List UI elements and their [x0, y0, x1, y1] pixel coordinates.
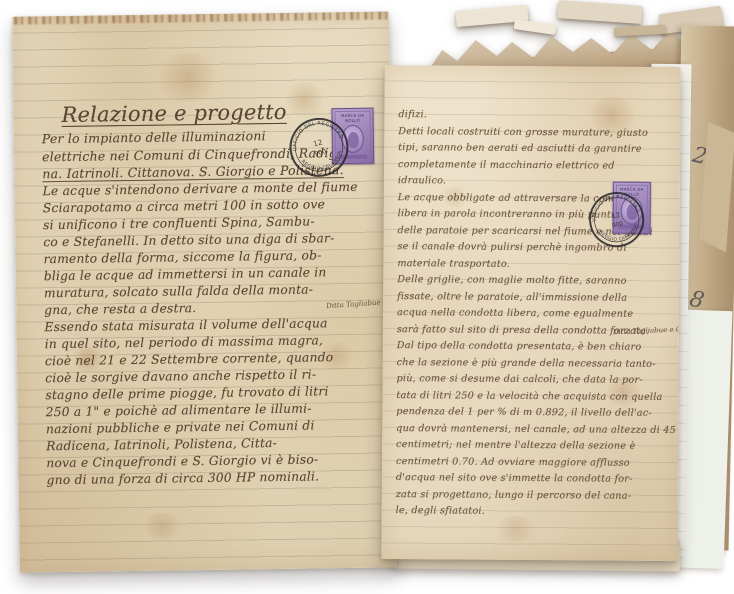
handwritten-line: Dal tipo della condotta presentata, è be…	[397, 338, 659, 356]
handwritten-line: tipi, saranno ben aerati ed asciutti da …	[398, 140, 660, 158]
handwritten-line: qua dovrà mantenersi, nel canale, ad una…	[396, 421, 658, 439]
handwritten-line: tata di litri 250 e la velocità che acqu…	[396, 388, 658, 406]
torn-paper-flap	[614, 25, 666, 37]
torn-paper-flap	[699, 122, 734, 253]
handwritten-line: più, come si desume dai calcoli, che dat…	[396, 371, 658, 389]
postmark-year: 900	[612, 221, 624, 229]
handwritten-line: zata si progettano, lungo il percorso de…	[396, 487, 658, 505]
pencil-marks: 28	[681, 25, 734, 26]
handwritten-line: acqua nella condotta libera, come egualm…	[397, 305, 659, 323]
handwritten-line: difizi.	[398, 107, 660, 125]
torn-paper-flap	[557, 0, 642, 24]
handwritten-line: centimetri; nel mentre l'altezza della s…	[396, 437, 658, 455]
handwritten-line: completamente il macchinario elettrico e…	[398, 157, 660, 175]
right-document-page: difizi.Detti locali costruiti con grosse…	[381, 65, 680, 561]
left-page-body: Le acque s'intendono derivare a monte de…	[42, 178, 382, 489]
paper-stain	[139, 512, 185, 539]
handwritten-line: materiale trasportato.	[397, 256, 659, 274]
paper-stain	[153, 52, 224, 103]
handwritten-line: le, degli sfiatatoi.	[396, 503, 658, 521]
foxing-edge	[14, 11, 387, 24]
torn-paper-flap	[514, 19, 557, 35]
handwritten-line: fissate, oltre le paratoie, all'immissio…	[397, 289, 659, 307]
handwritten-line: centimetri 0.70. Ad ovviare maggiore aff…	[396, 454, 658, 472]
right-page-text: difizi.Detti locali costruiti con grosse…	[396, 107, 661, 521]
postmark: UFFICIO DEL REGISTRO REGGIO CALABRIA 12 …	[582, 185, 650, 253]
handwritten-line: che la sezione è più grande della necess…	[397, 355, 659, 373]
handwritten-line: Detti locali costruiti con grosse muratu…	[398, 124, 660, 142]
postmark-day: 12	[611, 211, 621, 221]
handwritten-line: pendenza del 1 per % di m 0.892, il live…	[396, 404, 658, 422]
postmark-day: 12	[312, 137, 323, 148]
postmark-year: 900	[314, 148, 327, 158]
left-document-page: Relazione e progetto Per lo impianto del…	[12, 11, 397, 572]
handwritten-line: Delle griglie, con maglie molto fitte, s…	[397, 272, 659, 290]
handwritten-line: d'acqua nel sito ove s'immette la condot…	[396, 470, 658, 488]
photo-scene: 28 Relazione e progetto Per lo impianto …	[0, 0, 734, 594]
